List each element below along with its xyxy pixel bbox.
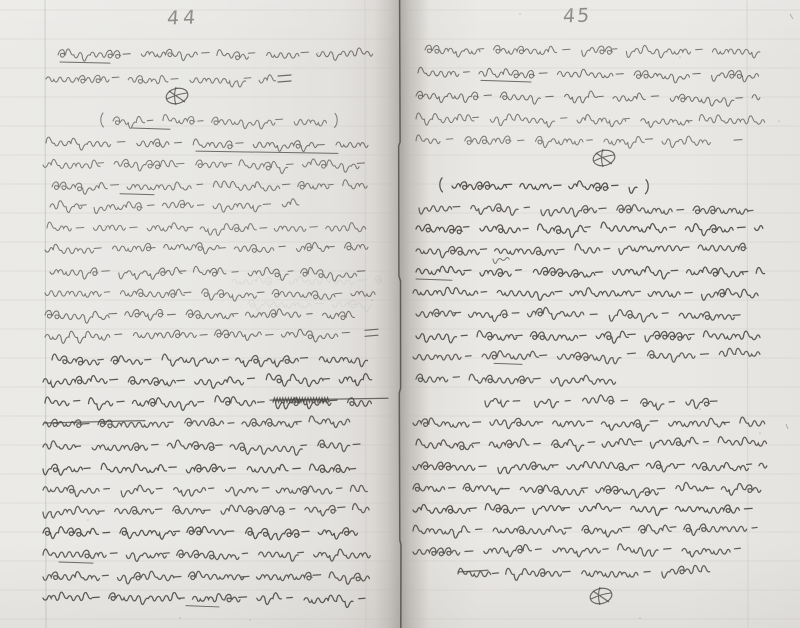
handwriting-layer [0,0,800,628]
showthrough-line [248,300,372,312]
handwritten-line [45,288,375,301]
handwritten-line [416,222,763,238]
handwritten-line [416,307,751,323]
handwritten-line [416,112,765,129]
handwritten-line [413,348,760,365]
handwritten-line [418,67,759,83]
annotation-mark [278,75,291,82]
handwritten-line [458,565,710,581]
handwritten-line [416,243,746,258]
handwritten-line [413,461,767,474]
underline-mark [59,562,93,563]
handwritten-line [43,592,376,608]
handwritten-line [43,526,358,540]
section-divider-icon [592,148,617,168]
handwritten-line [52,354,368,367]
handwritten-line [43,504,369,519]
underline-mark [494,363,522,364]
handwritten-line [47,222,366,236]
section-heading-line [440,178,649,194]
handwritten-line [416,331,760,344]
handwritten-line [43,485,367,497]
handwritten-line [43,159,372,174]
handwritten-line [50,199,299,214]
handwritten-line [413,417,765,431]
handwritten-line [413,482,761,499]
handwritten-line [413,287,758,301]
handwritten-line [413,543,752,559]
handwritten-line [413,503,760,517]
section-divider-icon [165,86,190,106]
handwritten-line [413,522,768,538]
handwritten-line [43,571,369,584]
underline-mark [60,62,110,63]
underline-mark [481,80,531,82]
section-divider-icon [589,586,614,606]
handwritten-line [45,395,388,411]
underline-mark [132,128,170,129]
handwritten-line [416,266,765,281]
handwritten-line [416,89,760,106]
underline-mark [120,194,154,195]
handwritten-line [45,309,354,324]
handwritten-line [45,328,378,344]
handwritten-line [493,257,509,263]
handwritten-line [416,374,616,386]
handwritten-line [416,135,742,148]
underline-mark [196,151,338,153]
section-heading-line [101,113,337,130]
annotation-mark [734,140,742,141]
handwritten-line [45,241,368,255]
handwritten-line [43,439,372,456]
handwritten-line [419,203,764,219]
handwritten-line [43,416,350,430]
handwritten-line [416,436,767,452]
showthrough-line [232,276,382,286]
manuscript-scan: 44 45 [0,0,800,628]
handwritten-line [52,180,367,196]
underline-mark [186,606,219,607]
handwritten-line [46,74,291,87]
handwritten-line [485,394,730,411]
spine-shadow-left [374,0,400,628]
handwritten-line [425,44,760,59]
handwritten-line [58,48,373,63]
handwritten-line [46,137,368,154]
